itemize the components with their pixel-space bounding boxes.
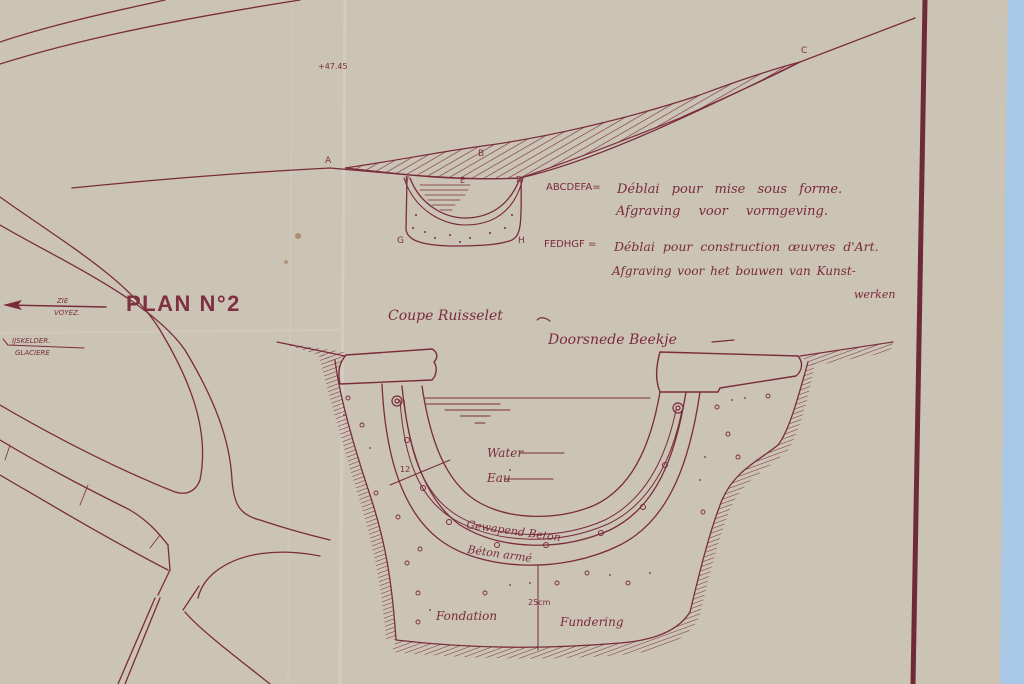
plan-title: PLAN N°2 [126,291,241,316]
point-label-h: H [518,236,525,246]
arrow-label-fr: VOYEZ. [54,309,80,317]
paper-sheet [0,0,1008,684]
water-label-nl: Water [487,446,524,460]
paper-stain [284,260,288,264]
point-label-a: A [325,156,332,166]
foundation-label-fr: Fondation [435,609,497,623]
point-label-f: F [405,175,410,184]
plan-sheet: PLAN N°2 ZIE VOYEZ. IJSKELDER. GLACIERE … [0,0,1024,684]
foundation-label-nl: Fundering [559,615,624,629]
legend-nl-2a: Afgraving voor het bouwen van Kunst- [611,264,856,278]
legend-key-2: FEDHGF = [544,239,596,250]
point-label-d: D [516,175,522,184]
thickness-label: 12 [400,465,410,474]
arrow-label-nl: ZIE [56,297,69,305]
lower-section-title-nl: Doorsnede Beekje [547,332,677,348]
point-label-b: B [478,149,484,159]
paper-stain [295,233,301,239]
point-label-e: E [460,176,465,185]
point-label-g: G [397,236,404,246]
legend-fr-1: Déblai pour mise sous forme. [616,182,842,197]
lower-section-title-fr: Coupe Ruisselet [388,308,503,324]
legend-nl-2b: werken [854,288,895,301]
ice-cellar-label-nl: IJSKELDER. [12,337,50,345]
ice-cellar-label-fr: GLACIERE [15,349,50,357]
legend-fr-2: Déblai pour construction œuvres d'Art. [613,239,879,254]
point-label-c: C [801,46,807,56]
legend-key-1: ABCDEFA= [546,182,601,193]
elevation-mark: +47.45 [318,62,348,71]
depth-label: 25cm [528,598,551,607]
water-label-fr: Eau [486,471,511,485]
legend-nl-1: Afgraving voor vormgeving. [615,204,828,219]
